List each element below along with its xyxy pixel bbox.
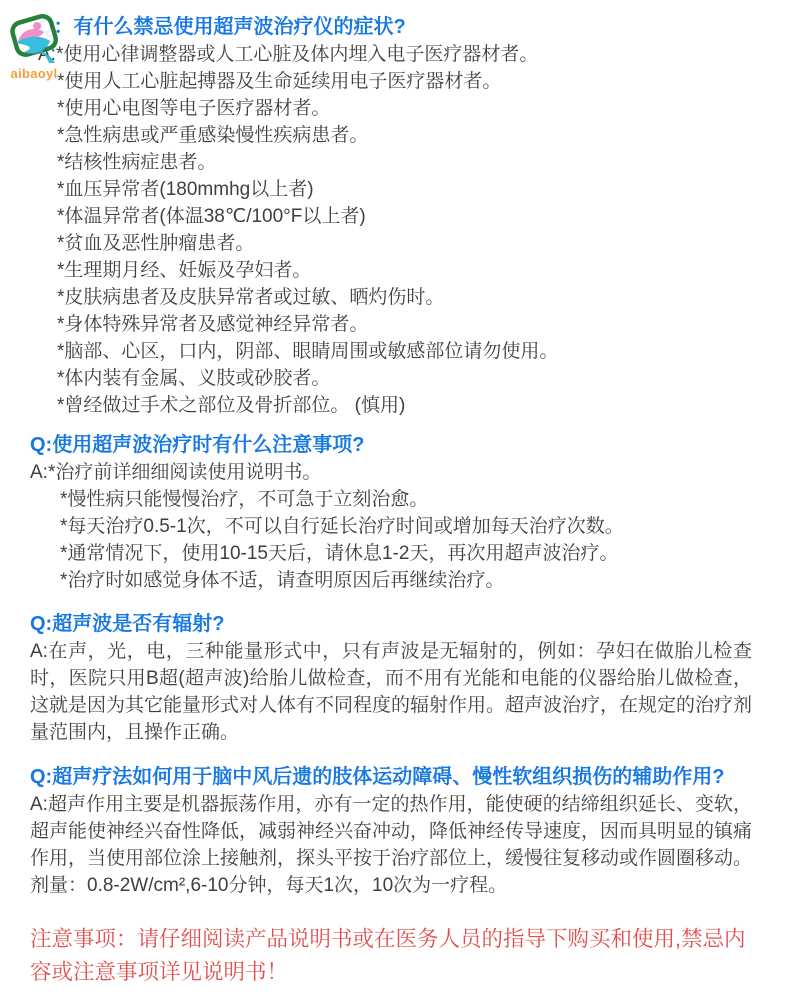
- answer-line: *脑部、心区，口内，阴部、眼睛周围或敏感部位请勿使用。: [30, 338, 752, 365]
- logo-wave-tail-shape: [40, 51, 55, 63]
- answer-paragraph: A:在声，光，电，三种能量形式中，只有声波是无辐射的，例如：孕妇在做胎儿检查时，…: [30, 638, 752, 746]
- answer-line: *血压异常者(180mmhg以上者): [30, 176, 752, 203]
- answer-line: *治疗时如感觉身体不适，请查明原因后再继续治疗。: [30, 567, 752, 594]
- answer-line: *体内装有金属、义肢或砂胶者。: [30, 365, 752, 392]
- answer-line: *急性病患或严重感染慢性疾病患者。: [30, 122, 752, 149]
- answer-line: *慢性病只能慢慢治疗，不可急于立刻治愈。: [30, 486, 752, 513]
- faq-section-precautions: Q:使用超声波治疗时有什么注意事项? A:*治疗前详细细阅读使用说明书。 *慢性…: [30, 431, 752, 594]
- answer-line: *使用心电图等电子医疗器材者。: [30, 95, 752, 122]
- question-heading: Q:使用超声波治疗时有什么注意事项?: [30, 431, 752, 459]
- answer-line: A:*使用心律调整器或人工心脏及体内埋入电子医疗器材者。: [30, 41, 752, 68]
- answer-line: *通常情况下，使用10-15天后，请休息1-2天，再次用超声波治疗。: [30, 540, 752, 567]
- answer-line: *每天治疗0.5-1次，不可以自行延长治疗时间或增加每天治疗次数。: [30, 513, 752, 540]
- brand-watermark: aibaoyl: [2, 14, 66, 81]
- answer-line: *使用人工心脏起搏器及生命延续用电子医疗器材者。: [30, 68, 752, 95]
- question-heading: Q:超声疗法如何用于脑中风后遗的肢体运动障碍、慢性软组织损伤的辅助作用?: [30, 763, 752, 791]
- brand-name: aibaoyl: [2, 66, 66, 81]
- answer-line: *体温异常者(体温38℃/100°F以上者): [30, 203, 752, 230]
- question-heading: Q:超声波是否有辐射?: [30, 610, 752, 638]
- faq-section-contraindications: Q：有什么禁忌使用超声波治疗仪的症状? A:*使用心律调整器或人工心脏及体内埋入…: [30, 13, 752, 419]
- answer-line: *结核性病症患者。: [30, 149, 752, 176]
- question-heading: Q：有什么禁忌使用超声波治疗仪的症状?: [30, 13, 752, 41]
- faq-page: aibaoyl Q：有什么禁忌使用超声波治疗仪的症状? A:*使用心律调整器或人…: [0, 0, 790, 1008]
- answer-line: *曾经做过手术之部位及骨折部位。 (慎用): [30, 392, 752, 419]
- logo-emblem-icon: [4, 14, 64, 64]
- answer-paragraph: A:超声作用主要是机器振荡作用，亦有一定的热作用，能使硬的结缔组织延长、变软，超…: [30, 791, 752, 899]
- warning-note: 注意事项：请仔细阅读产品说明书或在医务人员的指导下购买和使用,禁忌内容或注意事项…: [30, 923, 760, 989]
- answer-line: *贫血及恶性肿瘤患者。: [30, 230, 752, 257]
- logo-figure-head-shape: [33, 22, 41, 30]
- faq-section-therapy-usage: Q:超声疗法如何用于脑中风后遗的肢体运动障碍、慢性软组织损伤的辅助作用? A:超…: [30, 763, 752, 899]
- faq-section-radiation: Q:超声波是否有辐射? A:在声，光，电，三种能量形式中，只有声波是无辐射的，例…: [30, 610, 752, 746]
- answer-line: *生理期月经、妊娠及孕妇者。: [30, 257, 752, 284]
- answer-line: *皮肤病患者及皮肤异常者或过敏、晒灼伤时。: [30, 284, 752, 311]
- answer-line: *身体特殊异常者及感觉神经异常者。: [30, 311, 752, 338]
- answer-line: A:*治疗前详细细阅读使用说明书。: [30, 459, 752, 486]
